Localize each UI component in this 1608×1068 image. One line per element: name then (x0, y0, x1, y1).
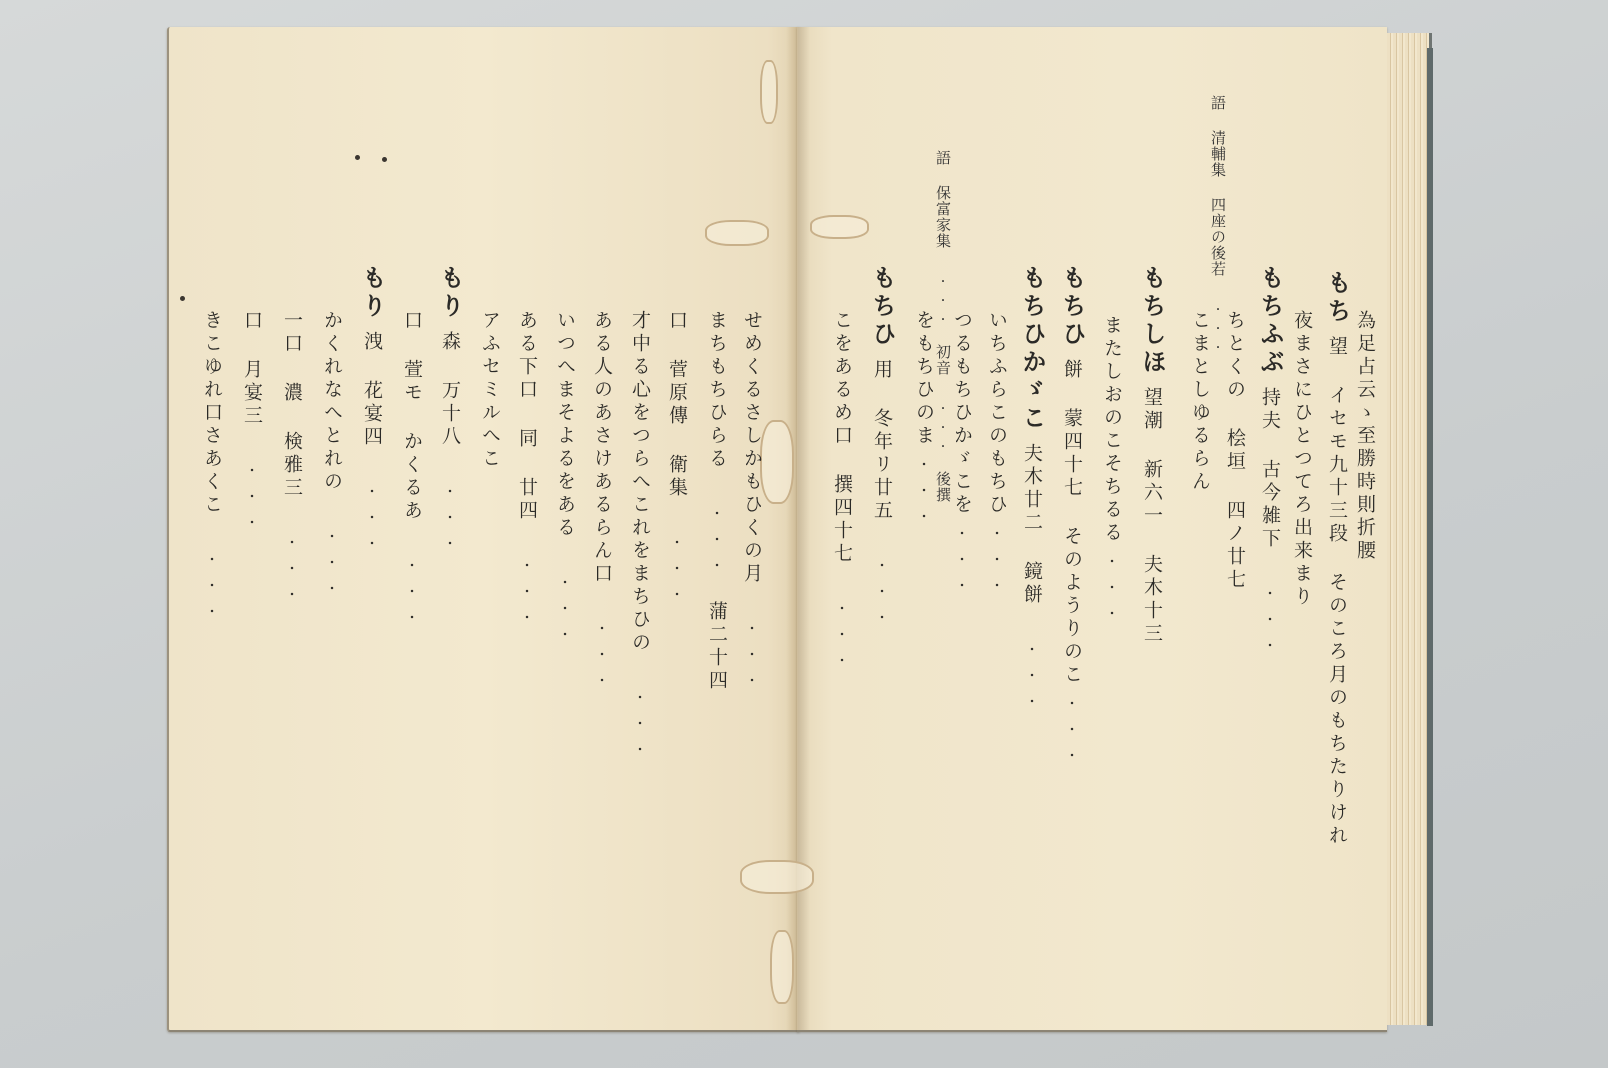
ink-dot (355, 155, 360, 160)
annotation-note: 語 清輔集 四座の後若 ... (1210, 95, 1225, 275)
text-column: ある下口 同 廿四 ... (515, 300, 539, 920)
text-column: をもちひのま... (912, 300, 936, 920)
text-column: まちもちひらる ... 蒲二十四 (705, 300, 729, 620)
entry-column: もり森 万十八 ... (438, 265, 462, 915)
cover-edge (1427, 48, 1433, 1026)
text-column: 口 菅原傳 衛集 ... (665, 300, 689, 920)
text-column: 夜まさにひとつてろ出来まり (1290, 300, 1314, 920)
entry-column: もり洩 花宴四 ... (360, 265, 384, 915)
entry-column: もちひかゞこ夫木廿二 鏡餅 ... (1020, 265, 1044, 915)
worm-damage (810, 215, 869, 239)
text-column: ある人のあさけあるらん口 ... (590, 300, 614, 920)
text-column: 口 萱モ かくるあ ... (400, 300, 424, 920)
entry-column: もちふぶ持夫 古今雑下 ... (1258, 265, 1282, 915)
text-column: こまとしゆるらん (1188, 300, 1212, 500)
text-column: いちふらこのもちひ... (985, 300, 1009, 920)
text-column: きこゆれ口さあくこ ... (200, 300, 224, 920)
text-column: つるもちひかゞこを... (950, 300, 974, 920)
ink-dot (382, 157, 387, 162)
worm-damage (705, 220, 769, 246)
text-column: ちとくの 桧垣 四ノ廿七 (1223, 300, 1247, 920)
text-column: かくれなへとれの ... (320, 300, 344, 920)
entry-column: もち望 イセモ九十三段 そのころ月のもちたりけれ (1325, 270, 1349, 920)
entry-column: もちひ用 冬年リ廿五 ... (870, 265, 894, 915)
text-column: こをあるめ口 撰四十七 ... (830, 300, 854, 920)
text-column: 口 月宴三 ... (240, 300, 264, 920)
annotation-note: 語 保富家集 ... 初音 ... 後撰 (935, 150, 950, 300)
text-column: せめくるさしかもひくの月 ... (740, 300, 764, 920)
text-column: いつへまそよるをある ... (553, 300, 577, 920)
ink-dot (180, 296, 185, 301)
worm-damage (760, 420, 794, 504)
page-edges (1387, 33, 1432, 1025)
text-column: 一口 濃 検雅三 ... (280, 300, 304, 920)
text-column: アふセミルへこ (478, 300, 502, 460)
worm-damage (770, 930, 794, 1004)
entry-column: もちひ餅 蒙四十七 そのようりのこ... (1060, 265, 1084, 915)
entry-column: もちしほ望潮 新六一 夫木十三 (1140, 265, 1164, 915)
worm-damage (760, 60, 778, 124)
text-column: またしおのこそちるる... (1100, 305, 1124, 605)
open-book: 語 清輔集 四座の後若 ... 語 保富家集 ... 初音 ... 後撰 為足占… (0, 0, 1608, 1068)
text-column: 才中る心をつらへこれをまちひの ... (628, 300, 652, 920)
text-column: 為足占云ゝ至勝時則折腰 (1353, 300, 1377, 920)
